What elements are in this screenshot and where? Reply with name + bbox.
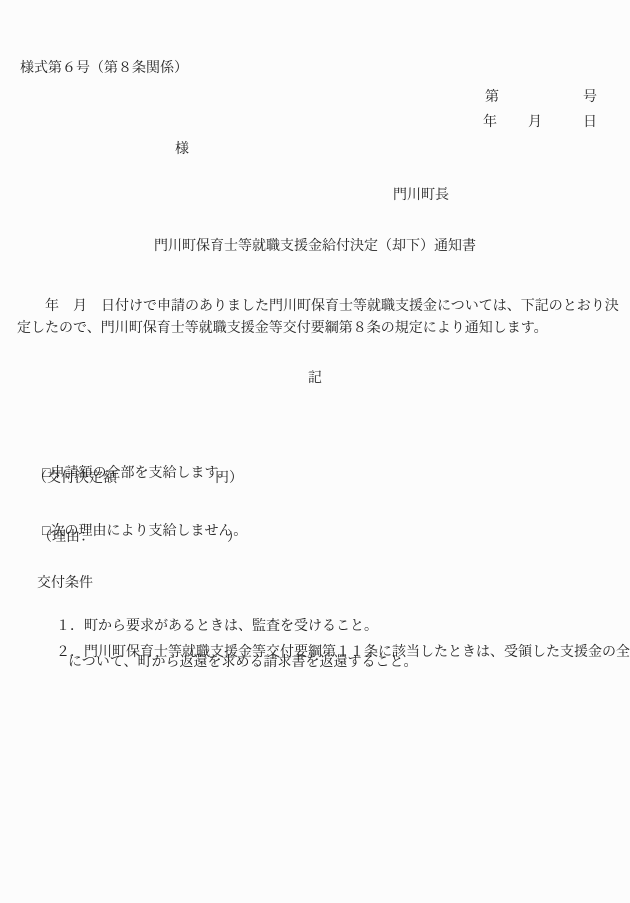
document-page: 様式第６号（第８条関係） 第 号 年 月 日 様 門川町長 門川町保育士等就職支… — [0, 0, 630, 903]
body-paragraph: 年 月 日付けで申請のありました門川町保育士等就職支援金については、下記のとおり… — [17, 296, 613, 340]
body-line-1: 年 月 日付けで申請のありました門川町保育士等就職支援金については、下記のとおり… — [17, 296, 613, 318]
document-number-line: 第 号 — [485, 90, 597, 106]
condition-item-2-line-2: について、町から返還を求める請求書を返還すること。 — [68, 655, 417, 671]
grant-conditions-heading: 交付条件 — [37, 576, 93, 592]
record-marker: 記 — [0, 371, 630, 387]
condition-item-2-line-1: ２．門川町保育士等就職支援金等交付要綱第１１条に該当したときは、受領した支援金の… — [42, 629, 630, 645]
body-line-2: 定したので、門川町保育士等就職支援金等交付要綱第８条の規定により通知します。 — [17, 318, 613, 340]
recipient-honorific: 様 — [175, 142, 189, 158]
decided-amount-blank: （交付決定額 円） — [33, 471, 243, 487]
option-pay-full-line: □申請額の全部を支給します。 — [28, 450, 231, 466]
sender-title: 門川町長 — [393, 188, 449, 204]
condition-item-1: １．町から要求があるときは、監査を受けること。 — [42, 603, 378, 619]
date-day-label: 日 — [583, 115, 597, 131]
reason-blank: （理由： ） — [38, 530, 241, 546]
document-number-prefix: 第 — [485, 90, 499, 106]
issue-date-line: 年 月 日 — [483, 115, 597, 131]
form-number: 様式第６号（第８条関係） — [20, 61, 188, 77]
date-month-label: 月 — [528, 115, 542, 131]
option-no-pay-line: □次の理由により支給しません。 — [28, 508, 247, 524]
document-number-suffix: 号 — [583, 90, 597, 106]
document-title: 門川町保育士等就職支援金給付決定（却下）通知書 — [0, 239, 630, 255]
date-year-label: 年 — [483, 115, 497, 131]
